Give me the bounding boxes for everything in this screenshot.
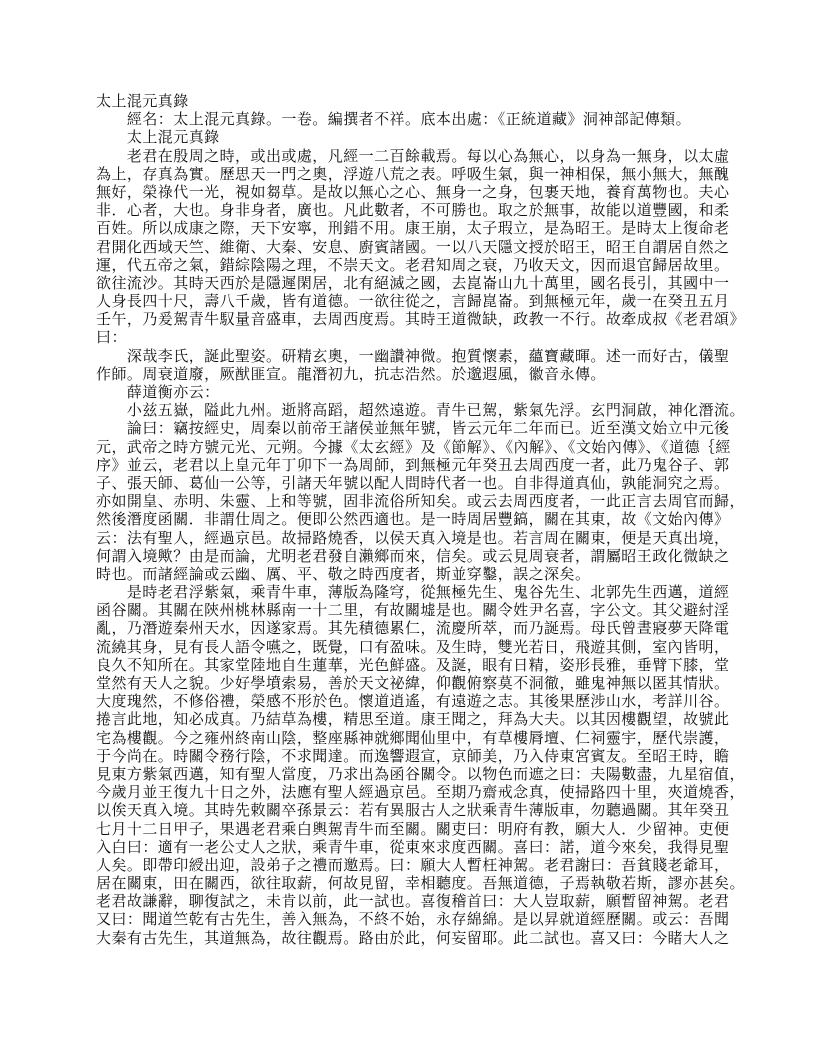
text-line: 亂，乃潛遊秦州天水，因遂家焉。其先積德累仁，流慶所萃，而乃誕焉。母氏曾晝寢夢天降… bbox=[96, 620, 726, 638]
text-line: 子、張天師、葛仙一公等，引諸天年號以配人問時代者一也。自非得道真仙，孰能洞究之焉… bbox=[96, 475, 726, 493]
text-line: 見東方紫氣西邁，知有聖人當度，乃求出為函谷關令。以物色而遮之曰：夫陽數盡，九星宿… bbox=[96, 766, 726, 784]
text-line: 捲言此地，知必成真。乃結草為樓，精思至道。康王聞之，拜為大夫。以其因樓觀望，故號… bbox=[96, 711, 726, 729]
text-block: 太上混元真錄 經名：太上混元真錄。一卷。編撰者不祥。底本出處：《正統道藏》洞神部… bbox=[96, 93, 726, 948]
text-line: 薛道衡亦云： bbox=[96, 384, 726, 402]
text-line: 元，武帝之時方號元光、元朔。今據《太玄經》及《節解》、《內解》、《文始內傳》、《… bbox=[96, 439, 726, 457]
text-line: 是時老君浮紫氣，乘青牛車，薄版為隆穹，從無極先生、鬼谷先生、北郭先生西邁，道經 bbox=[96, 584, 726, 602]
text-line: 運，代五帝之氣，錯綜陰陽之理，不崇天文。老君知周之衰，乃收天文，因而退官歸居故里… bbox=[96, 257, 726, 275]
text-line: 亦如開皇、赤明、朱靈、上和等號，固非流俗所知矣。或云去周西度者，一此正言去周官而… bbox=[96, 493, 726, 511]
text-line: 居在關東，田在關西，欲往取薪，何故見留，幸相聽度。吾無道德，子焉執敬若斯，謬亦甚… bbox=[96, 875, 726, 893]
text-line: 君開化西域天竺、維衛、大秦、安息、廚賓諸國。一以八天隱文授於昭王，昭王自謂居自然… bbox=[96, 239, 726, 257]
text-line: 云：法有聖人，經過京邑。故掃路燒香，以侯天真入境是也。若言周在關東，便是天真出境… bbox=[96, 530, 726, 548]
document-page: 太上混元真錄 經名：太上混元真錄。一卷。編撰者不祥。底本出處：《正統道藏》洞神部… bbox=[0, 0, 816, 1056]
text-line: 老君在殷周之時，或出或處，凡經一二百餘載焉。每以心為無心，以身為一無身，以太虛 bbox=[96, 148, 726, 166]
text-line: 七月十二日甲子，果遇老君乘白輿駕青牛而至關。關吏曰：明府有教，願大人．少留神。吏… bbox=[96, 821, 726, 839]
text-line: 論曰：竊按經史，周秦以前帝王諸侯並無年號，皆云元年二年而已。近至漢文始立中元後 bbox=[96, 420, 726, 438]
text-line: 時也。而諸經論或云幽、厲、平、敬之時西度者，斯並穿鑿，誤之深矣。 bbox=[96, 566, 726, 584]
text-line: 非．心者，大也。身非身者，廣也。凡此數者，不可勝也。取之於無事，故能以道豐國，和… bbox=[96, 202, 726, 220]
text-line: 于今尚在。時關令務行陰，不求聞達。而逸響遐宣，京師美，乃入侍東宮賓友。至昭王時，… bbox=[96, 748, 726, 766]
text-line: 今歲月並王復九十日之外，法應有聖人經過京邑。至期乃齋戒念真，使掃路四十里，夾道燒… bbox=[96, 784, 726, 802]
text-line: 欲往流沙。其時天西於是隱遲閑居，北有絕滅之國，去崑崙山九十萬里，國名長引，其國中… bbox=[96, 275, 726, 293]
text-line: 曰： bbox=[96, 329, 726, 347]
text-line: 人身長四十尺，壽八千歲，皆有道德。一欲往從之，言歸崑崙。到無極元年，歲一在癸丑五… bbox=[96, 293, 726, 311]
text-line: 大度瑰然，不修俗禮，榮感不形於色。懷道逍遙，有遠遊之志。其後果歷涉山水，考詳川谷… bbox=[96, 693, 726, 711]
text-line: 宅為樓觀。今之雍州終南山陰，整座縣神就鄉聞仙里中，有草樓脣壇、仁祠靈宇，歷代崇護… bbox=[96, 730, 726, 748]
text-line: 深哉李氏，誕此聖姿。研精玄奧，一幽讚神微。抱質懷素，蘊寶藏暉。述一而好古，儀聖 bbox=[96, 348, 726, 366]
text-line: 作師。周衰道廢，厥猷匪宣。龍潛初九，抗志浩然。於邈遐風，徽音永傳。 bbox=[96, 366, 726, 384]
text-line: 太上混元真錄 bbox=[96, 129, 726, 147]
text-line: 流繞其身，見有長人語令嚥之，既覺，口有盈味。及生時，雙光若日，飛遊其側，室內皆明… bbox=[96, 639, 726, 657]
text-line: 函谷關。其關在陝州桃林縣南一十二里，有故關墟是也。關令姓尹名喜，字公文。其父避紂… bbox=[96, 602, 726, 620]
text-line: 序》並云，老君以上皇元年丁卯下一為周師，到無極元年癸丑去周西度一者，此乃鬼谷子、… bbox=[96, 457, 726, 475]
text-line: 老君故謙辭，聊復試之，未肯以前，此一試也。喜復稽首曰：大人豈取薪，願暫留神駕。老… bbox=[96, 893, 726, 911]
text-line: 入白曰：適有一老公丈人之狀，乘青牛車，從東來求度西關。喜曰：諾，道今來矣，我得見… bbox=[96, 839, 726, 857]
text-line: 又曰：聞道竺乾有古先生，善入無為，不終不始，永存綿綿。是以昇就道經歷關。或云：吾… bbox=[96, 911, 726, 929]
text-line: 無好，榮祿代一光，視如芻草。是故以無心之心、無身一之身，包裹天地，養育萬物也。夫… bbox=[96, 184, 726, 202]
text-line: 經名：太上混元真錄。一卷。編撰者不祥。底本出處：《正統道藏》洞神部記傳類。 bbox=[96, 111, 726, 129]
text-line: 為上，存真為實。歷思天一門之奧，浮遊八荒之表。呼吸生氣，與一神相保，無小無大，無… bbox=[96, 166, 726, 184]
text-line: 太上混元真錄 bbox=[96, 93, 726, 111]
text-line: 何謂入境歟？由是而論，尤明老君發自瀨鄉而來，信矣。或云見周衰者，謂屬昭王政化微缺… bbox=[96, 548, 726, 566]
text-line: 以俟天真入境。其時先敕關卒孫景云：若有異服古人之狀乘青牛薄版車，勿聽過關。其年癸… bbox=[96, 802, 726, 820]
text-line: 小兹五嶽，隘此九州。逝將高蹈，超然遠遊。青牛已駕，紫氣先浮。玄門洞啟，神化潛流。 bbox=[96, 402, 726, 420]
text-line: 堂然有天人之貌。少好學墳索易，善於天文祕緯，仰觀俯察莫不洞徹，雖鬼神無以匿其情狀… bbox=[96, 675, 726, 693]
text-line: 良久不知所在。其家堂陸地自生蓮華，光色鮮盛。及誕，眼有日精，姿形長雅，垂臂下膝，… bbox=[96, 657, 726, 675]
text-line: 百姓。所以成康之際，天下安寧，刑錯不用。康王崩，太子瑕立，是為昭王。是時太上復命… bbox=[96, 220, 726, 238]
text-line: 人矣。即帶印綬出迎，設弟子之禮而邀焉。曰：願大人暫枉神駕。老君謝曰：吾貧賤老爺耳… bbox=[96, 857, 726, 875]
text-line: 然後潛度函關．非謂仕周之。便即公然西適也。是一時周居豐鎬，關在其東，故《文始內傳… bbox=[96, 511, 726, 529]
text-line: 大秦有古先生，其道無為，故往觀焉。路由於此，何妄留耶。此二試也。喜又曰：今睹大人… bbox=[96, 930, 726, 948]
text-line: 壬午，乃爰駕青牛馭量音盛車，去周西度焉。其時王道微缺，政教一不行。故牽成叔《老君… bbox=[96, 311, 726, 329]
